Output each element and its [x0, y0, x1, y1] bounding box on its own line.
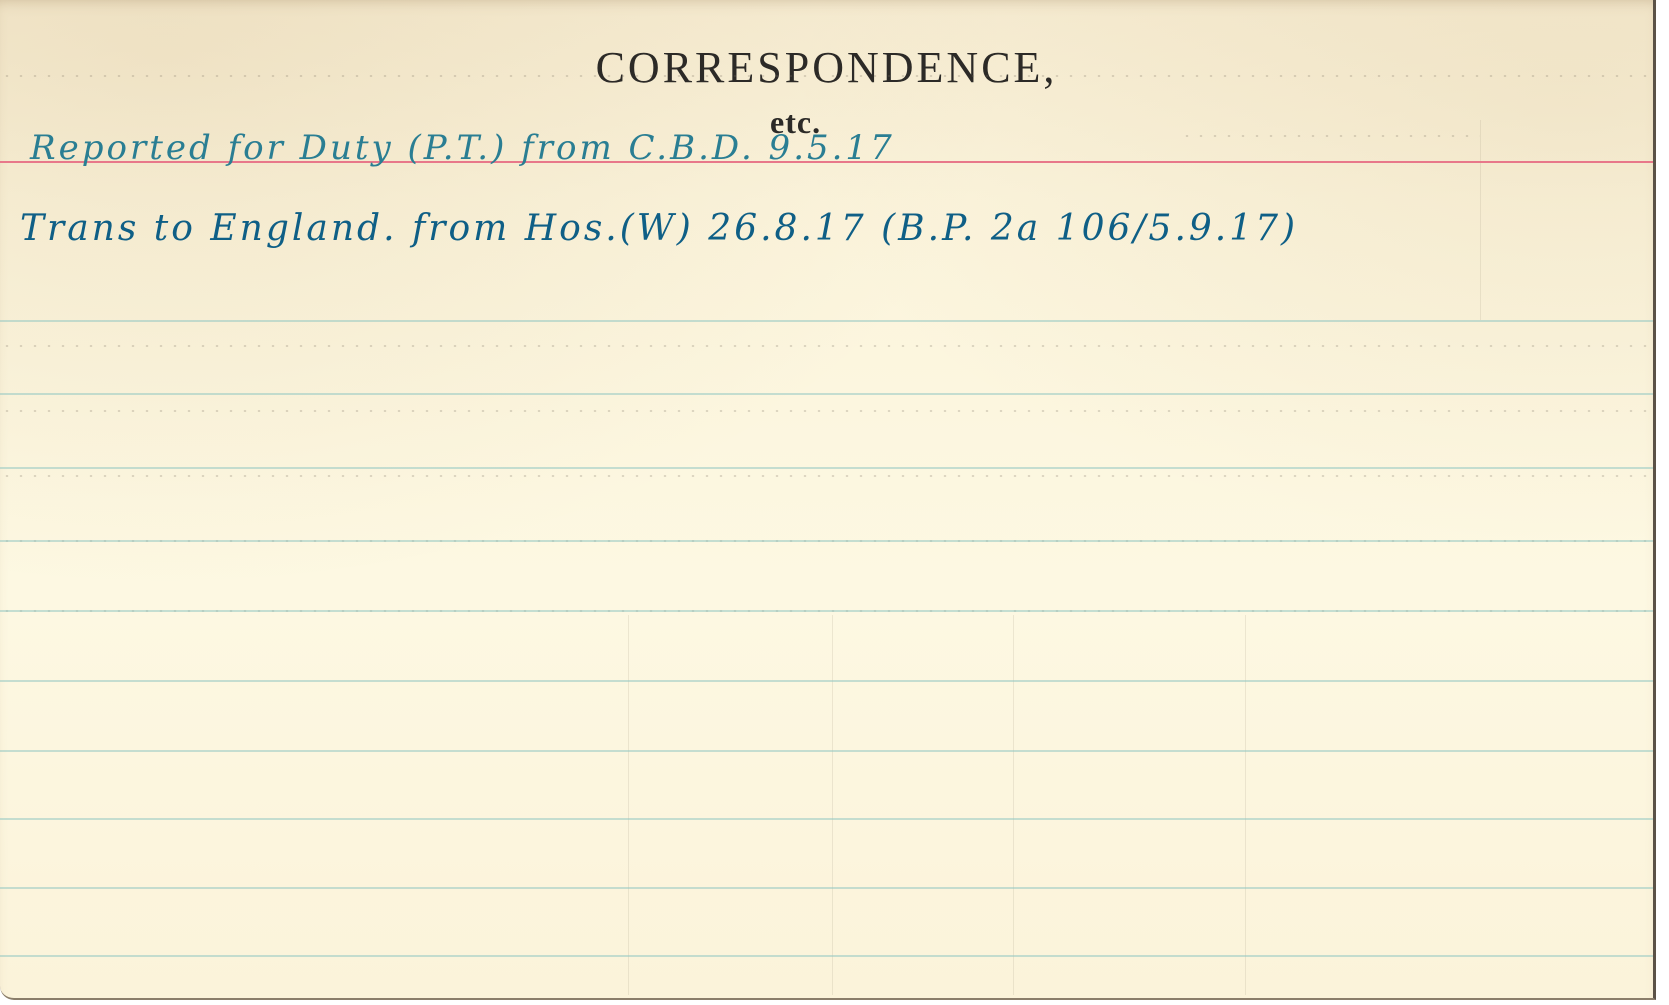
show-through-line: [0, 475, 1653, 477]
show-through-column: [628, 615, 629, 995]
ruled-line: [0, 887, 1653, 889]
show-through-column: [1480, 120, 1481, 320]
record-card: CORRESPONDENCE, etc. Reported for Duty (…: [0, 0, 1656, 1000]
show-through-column: [1013, 615, 1014, 995]
ruled-line: [0, 540, 1653, 542]
ruled-line: [0, 955, 1653, 957]
ruled-line: [0, 320, 1653, 322]
ruled-line: [0, 467, 1653, 469]
ruled-line: [0, 750, 1653, 752]
show-through-line: [1180, 135, 1480, 137]
ruled-line: [0, 610, 1653, 612]
show-through-line: [0, 75, 1653, 77]
show-through-column: [1245, 615, 1246, 995]
show-through-line: [0, 345, 1653, 347]
ruled-line: [0, 393, 1653, 395]
show-through-line: [0, 410, 1653, 412]
handwritten-entry: Trans to England. from Hos.(W) 26.8.17 (…: [20, 208, 1298, 249]
ruled-line: [0, 680, 1653, 682]
show-through-column: [832, 615, 833, 995]
handwritten-entry: Reported for Duty (P.T.) from C.B.D. 9.5…: [30, 128, 895, 168]
card-heading: CORRESPONDENCE,: [0, 42, 1653, 93]
ruled-line: [0, 818, 1653, 820]
